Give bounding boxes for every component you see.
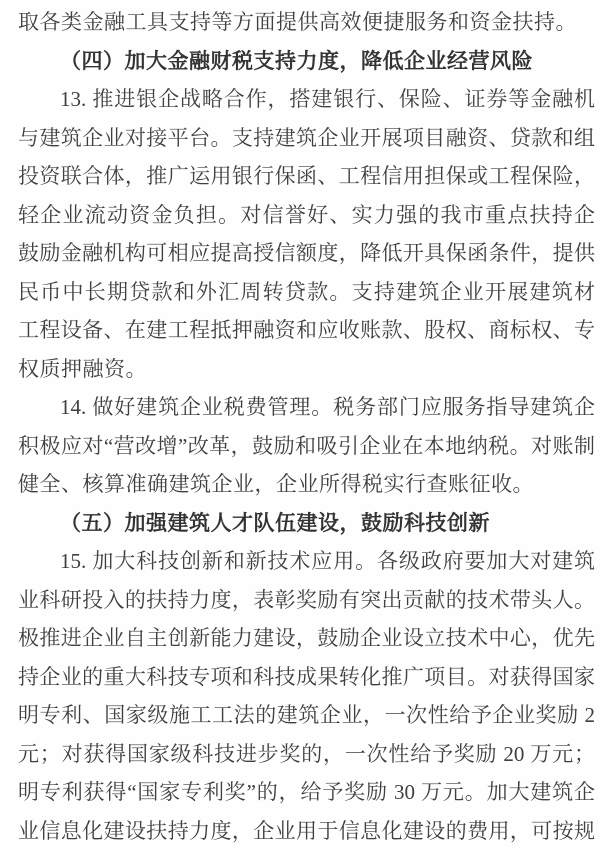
body-line: 工程设备、在建工程抵押融资和应收账款、股权、商标权、专利	[18, 311, 595, 350]
body-line: 民币中长期贷款和外汇周转贷款。支持建筑企业开展建筑材料、	[18, 273, 595, 312]
body-line: 轻企业流动资金负担。对信誉好、实力强的我市重点扶持企业，	[18, 196, 595, 235]
clause-15-line: 15. 加大科技创新和新技术应用。各级政府要加大对建筑产	[18, 542, 595, 581]
body-line: 元；对获得国家级科技进步奖的，一次性给予奖励 20 万元；发	[18, 735, 595, 774]
clause-14-line: 14. 做好建筑企业税费管理。税务部门应服务指导建筑企业	[18, 388, 595, 427]
section-heading-5: （五）加强建筑人才队伍建设，鼓励科技创新	[18, 504, 595, 543]
body-line: 鼓励金融机构可相应提高授信额度，降低开具保函条件，提供人	[18, 234, 595, 273]
body-line: 业信息化建设扶持力度，企业用于信息化建设的费用，可按规定	[18, 812, 595, 850]
body-line: 极推进企业自主创新能力建设，鼓励企业设立技术中心，优先支	[18, 619, 595, 658]
body-line: 权质押融资。	[18, 350, 595, 389]
clause-13-line: 13. 推进银企战略合作，搭建银行、保险、证券等金融机构	[18, 80, 595, 119]
body-line: 积极应对“营改增”改革，鼓励和吸引企业在本地纳税。对账制	[18, 427, 595, 466]
document-page: 取各类金融工具支持等方面提供高效便捷服务和资金扶持。 （四）加大金融财税支持力度…	[0, 0, 606, 850]
body-line: 持企业的重大科技专项和科技成果转化推广项目。对获得国家发	[18, 658, 595, 697]
body-line: 健全、核算准确建筑企业，企业所得税实行查账征收。	[18, 465, 595, 504]
body-line: 投资联合体，推广运用银行保函、工程信用担保或工程保险，减	[18, 157, 595, 196]
section-heading-4: （四）加大金融财税支持力度，降低企业经营风险	[18, 42, 595, 81]
body-line: 业科研投入的扶持力度，表彰奖励有突出贡献的技术带头人。积	[18, 581, 595, 620]
body-line: 与建筑企业对接平台。支持建筑企业开展项目融资、贷款和组建	[18, 119, 595, 158]
body-line: 明专利获得“国家专利奖”的，给予奖励 30 万元。加大建筑企	[18, 773, 595, 812]
body-line: 明专利、国家级施工工法的建筑企业，一次性给予企业奖励 2 万	[18, 696, 595, 735]
body-line: 取各类金融工具支持等方面提供高效便捷服务和资金扶持。	[18, 3, 595, 42]
